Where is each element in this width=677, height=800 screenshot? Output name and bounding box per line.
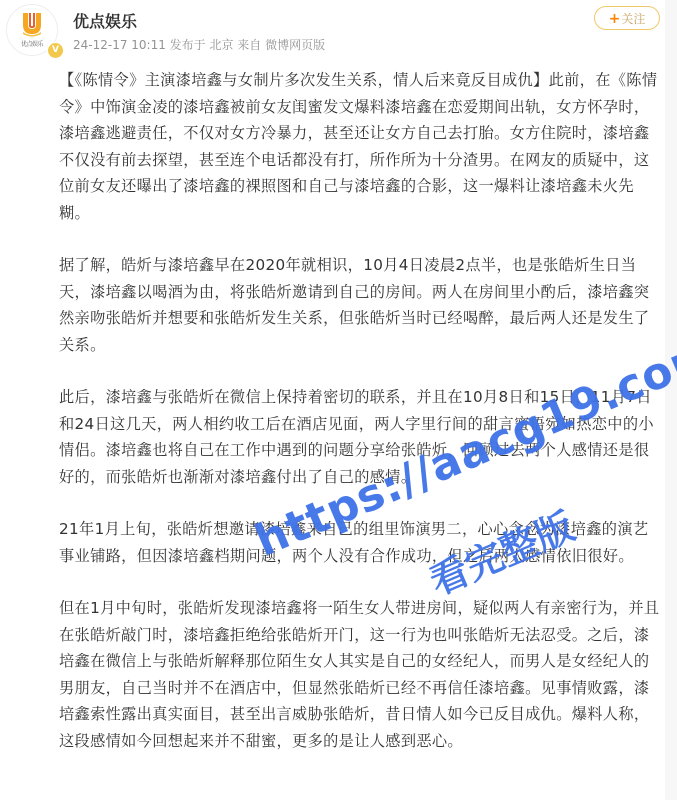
- follow-button[interactable]: +关注: [594, 6, 660, 30]
- post-paragraph: 但在1月中旬时，张皓炘发现漆培鑫将一陌生女人带进房间，疑似两人有亲密行为，并且在…: [59, 595, 661, 754]
- plus-icon: +: [609, 11, 621, 27]
- post-body: 【《陈情令》主演漆培鑫与女制片多次发生关系，情人后来竟反目成仇】此前，在《陈情令…: [59, 67, 661, 780]
- brand-logo-icon: [20, 11, 44, 37]
- post-paragraph: 21年1月上旬，张皓炘想邀请漆培鑫来自己的组里饰演男二，心心念念为漆培鑫的演艺事…: [59, 516, 661, 569]
- verified-icon: V: [47, 42, 64, 59]
- post-header: 优点娱乐 V 优点娱乐 24-12-17 10:11 发布于 北京 来自 微博网…: [0, 0, 677, 60]
- post-paragraph: 【《陈情令》主演漆培鑫与女制片多次发生关系，情人后来竟反目成仇】此前，在《陈情令…: [59, 67, 661, 226]
- author-name[interactable]: 优点娱乐: [73, 9, 137, 32]
- follow-label: 关注: [621, 12, 645, 26]
- post-paragraph: 据了解，皓炘与漆培鑫早在2020年就相识，10月4日凌晨2点半，也是张皓炘生日当…: [59, 252, 661, 358]
- post-meta: 24-12-17 10:11 发布于 北京 来自 微博网页版: [73, 36, 325, 53]
- post-paragraph: 此后，漆培鑫与张皓炘在微信上保持着密切的联系，并且在10月8日和15日，11月7…: [59, 384, 661, 490]
- page-edge: [665, 0, 677, 800]
